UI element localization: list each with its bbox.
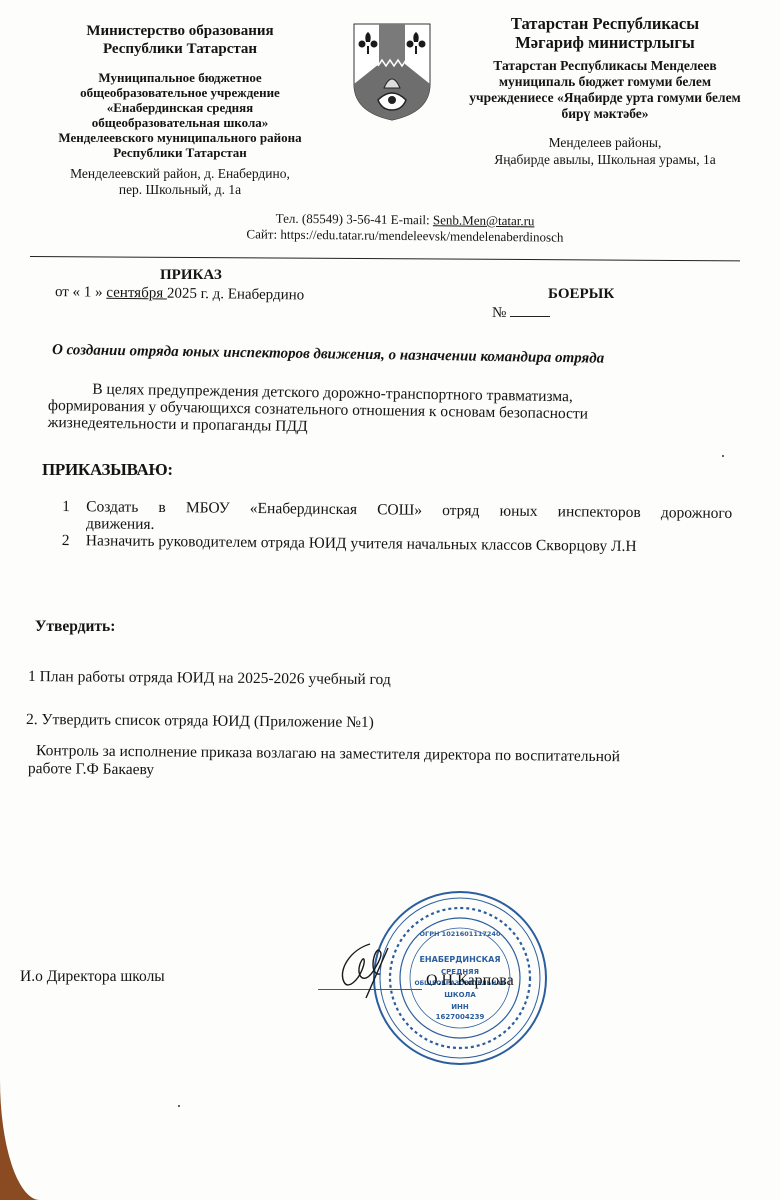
order-item-number: 2: [62, 532, 86, 549]
date-month: сентября: [106, 285, 167, 302]
website-line: Сайт: https://edu.tatar.ru/mendeleevsk/m…: [215, 226, 595, 246]
orders-heading: ПРИКАЗЫВАЮ:: [42, 460, 173, 480]
document-page: Министерство образования Республики Тата…: [0, 0, 780, 1200]
order-date-line: от « 1 » сентября 2025 г. д. Енабердино: [55, 284, 304, 304]
address-tt-line-2: Яңабирде авылы, Школьная урамы, 1а: [445, 151, 765, 168]
signer-position: И.о Директора школы: [20, 968, 165, 986]
ministry-ru-line-1: Министерство образования: [40, 22, 320, 40]
speck: [178, 1105, 180, 1107]
address-ru-line-1: Менделеевский район, д. Енабердино,: [40, 166, 320, 182]
institution-tt-line-4: бирү мәктәбе»: [445, 106, 765, 122]
approve-item: 1 План работы отряда ЮИД на 2025-2026 уч…: [28, 668, 391, 689]
header-divider: [30, 256, 740, 261]
institution-ru-line-2: общеобразовательное учреждение: [40, 85, 320, 100]
speck: [722, 455, 724, 457]
order-title-ru: ПРИКАЗ: [160, 267, 222, 284]
institution-tt-line-2: муниципаль бюджет гомуми белем: [445, 74, 765, 90]
preamble: В целях предупреждения детского дорожно-…: [48, 380, 669, 441]
institution-ru-line-4: общеобразовательная школа»: [40, 115, 320, 130]
institution-ru-line-1: Муниципальное бюджетное: [40, 70, 320, 85]
contacts-block: Тел. (85549) 3-56-41 E-mail: Senb.Men@ta…: [215, 210, 595, 246]
svg-text:ИНН: ИНН: [451, 1003, 469, 1011]
phone-label: Тел. (85549) 3-56-41 E-mail:: [276, 211, 433, 228]
ministry-ru-line-2: Республики Татарстан: [40, 40, 320, 58]
number-blank: [510, 316, 550, 317]
handwritten-signature-icon: [330, 940, 400, 1000]
address-ru-line-2: пер. Школьный, д. 1а: [40, 182, 320, 198]
institution-ru-line-6: Республики Татарстан: [40, 145, 320, 160]
signer-name: О.Н.Карпова: [426, 972, 514, 990]
address-tt-line-1: Менделеев районы,: [445, 134, 765, 151]
control-clause: Контроль за исполнение приказа возлагаю …: [28, 742, 708, 785]
ministry-tt-line-2: Мәгариф министрлыгы: [445, 33, 765, 52]
number-label: №: [492, 305, 506, 321]
coat-of-arms-icon: [352, 22, 432, 122]
svg-text:ЕНАБЕРДИНСКАЯ: ЕНАБЕРДИНСКАЯ: [419, 955, 500, 964]
email-link[interactable]: Senb.Men@tatar.ru: [433, 212, 535, 228]
institution-ru-line-3: «Енабердинская средняя: [40, 100, 320, 115]
institution-tt-line-3: учреждениесе «Яңабирде урта гомуми белем: [445, 90, 765, 106]
svg-text:1627004239: 1627004239: [436, 1013, 485, 1021]
approve-heading: Утвердить:: [35, 618, 115, 636]
header-right: Татарстан Республикасы Мәгариф министрлы…: [445, 14, 765, 168]
order-number: №: [492, 305, 550, 322]
ministry-tt-line-1: Татарстан Республикасы: [445, 14, 765, 33]
svg-text:ШКОЛА: ШКОЛА: [444, 991, 476, 999]
date-suffix: 2025 г. д. Енабердино: [167, 286, 304, 304]
order-item-number: 1: [62, 498, 86, 532]
order-title-tt: БОЕРЫК: [548, 286, 614, 303]
order-subject: О создании отряда юных инспекторов движе…: [52, 342, 692, 369]
institution-tt-line-1: Татарстан Республикасы Менделеев: [445, 58, 765, 74]
institution-ru-line-5: Менделеевского муниципального района: [40, 130, 320, 145]
svg-text:ОГРН 1021601117240: ОГРН 1021601117240: [420, 930, 501, 938]
orders-list: 1 Создать в МБОУ «Енабердинская СОШ» отр…: [62, 498, 732, 556]
header-left: Министерство образования Республики Тата…: [40, 22, 320, 198]
date-prefix: от « 1 »: [55, 284, 107, 301]
approve-item: 2. Утвердить список отряда ЮИД (Приложен…: [26, 711, 374, 732]
